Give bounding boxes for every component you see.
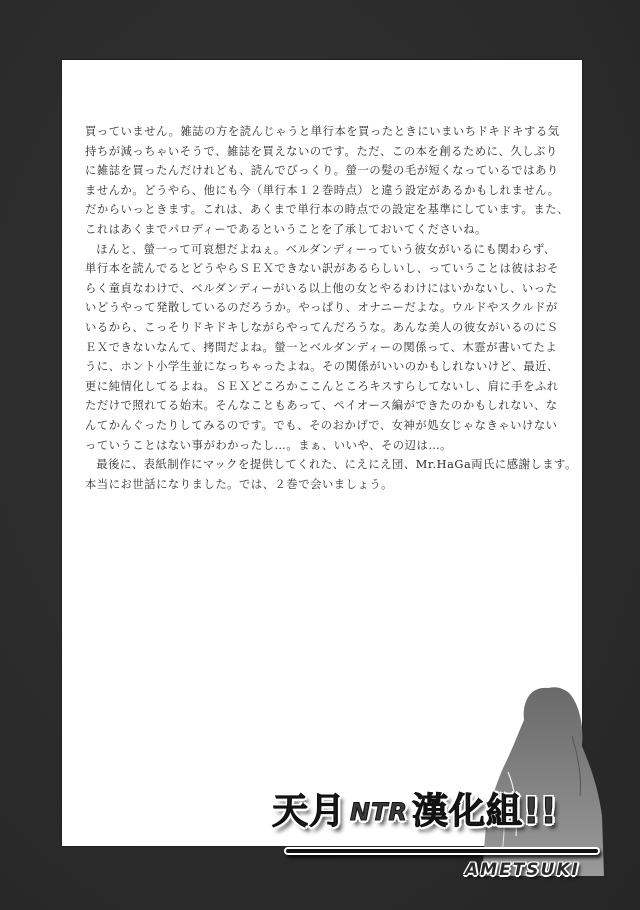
text-line: ほんと、螢一って可哀想だよねぇ。ベルダンディーっていう彼女がいるにも関わらず、 bbox=[85, 240, 565, 260]
logo-kanji-ametsuki: 天月 bbox=[272, 791, 346, 832]
text-line: これはあくまでパロディーであるということを了承しておいてくださいね。 bbox=[85, 220, 565, 240]
text-line: だからいっときます。これは、あくまで単行本の時点での設定を基準にしています。また… bbox=[85, 200, 565, 220]
scanlation-group-logo: 天月NTR漢化組!! AMETSUKI bbox=[272, 783, 632, 893]
logo-title: 天月NTR漢化組!! bbox=[272, 783, 558, 834]
text-line: ただけで照れてる始末。そんなこともあって、ペイオース編ができたのかもしれない、な bbox=[85, 396, 565, 416]
text-line: んてかんぐったりしてみるのです。でも、そのおかげで、女神が処女じゃなきゃいけない bbox=[85, 416, 565, 436]
text-line: 最後に、表紙制作にマックを提供してくれた、にえにえ団、Mr.HaGa両氏に感謝し… bbox=[85, 455, 565, 475]
text-line: うに、ホント小学生並になっちゃったよね。その関係がいいのかもしれないけど、最近、 bbox=[85, 357, 565, 377]
logo-underline-bar bbox=[284, 847, 600, 855]
text-line: っていうことはない事がわかったし…。まぁ、いいや、その辺は…。 bbox=[85, 436, 565, 456]
logo-subtitle: AMETSUKI bbox=[465, 860, 580, 880]
text-line: 持ちが減っちゃいそうで、雑誌を買えないのです。ただ、この本を創るために、久しぶり bbox=[85, 142, 565, 162]
logo-exclaim: !! bbox=[523, 791, 558, 832]
text-line: 本当にお世話になりました。では、２巻で会いましょう。 bbox=[85, 475, 565, 495]
text-line: らく童貞なわけで、ベルダンディーがいる以上他の女とやるわけにはいかないし、いった bbox=[85, 279, 565, 299]
text-line: 更に純情化してるよね。ＳＥＸどころかここんところキスすらしてないし、肩に手をふれ bbox=[85, 377, 565, 397]
logo-ntr: NTR bbox=[350, 798, 408, 826]
text-line: いどうやって発散しているのだろうか。やっぱり、オナニーだよな。ウルドやスクルドが bbox=[85, 298, 565, 318]
text-line: 買っていません。雑誌の方を読んじゃうと単行本を買ったときにいまいちドキドキする気 bbox=[85, 122, 565, 142]
text-line: 単行本を読んでるとどうやらＳＥＸできない訳があるらしいし、っていうことは彼はおそ bbox=[85, 259, 565, 279]
text-line: に雑誌を買ったんだけれども、読んでびっくり。螢一の髪の毛が短くなっているではあり bbox=[85, 161, 565, 181]
text-line: いるから、こっそりドキドキしながらやってんだろうな。あんな美人の彼女がいるのにＳ bbox=[85, 318, 565, 338]
logo-kanji-group: 漢化組 bbox=[412, 791, 523, 832]
afterword-text: 買っていません。雑誌の方を読んじゃうと単行本を買ったときにいまいちドキドキする気… bbox=[85, 122, 565, 494]
text-line: ませんか。どうやら、他にも今（単行本１２巻時点）と違う設定があるかもしれません。 bbox=[85, 181, 565, 201]
text-line: ＥＸできないなんて、拷問だよね。螢一とベルダンディーの関係って、木霊が書いてたよ bbox=[85, 338, 565, 358]
